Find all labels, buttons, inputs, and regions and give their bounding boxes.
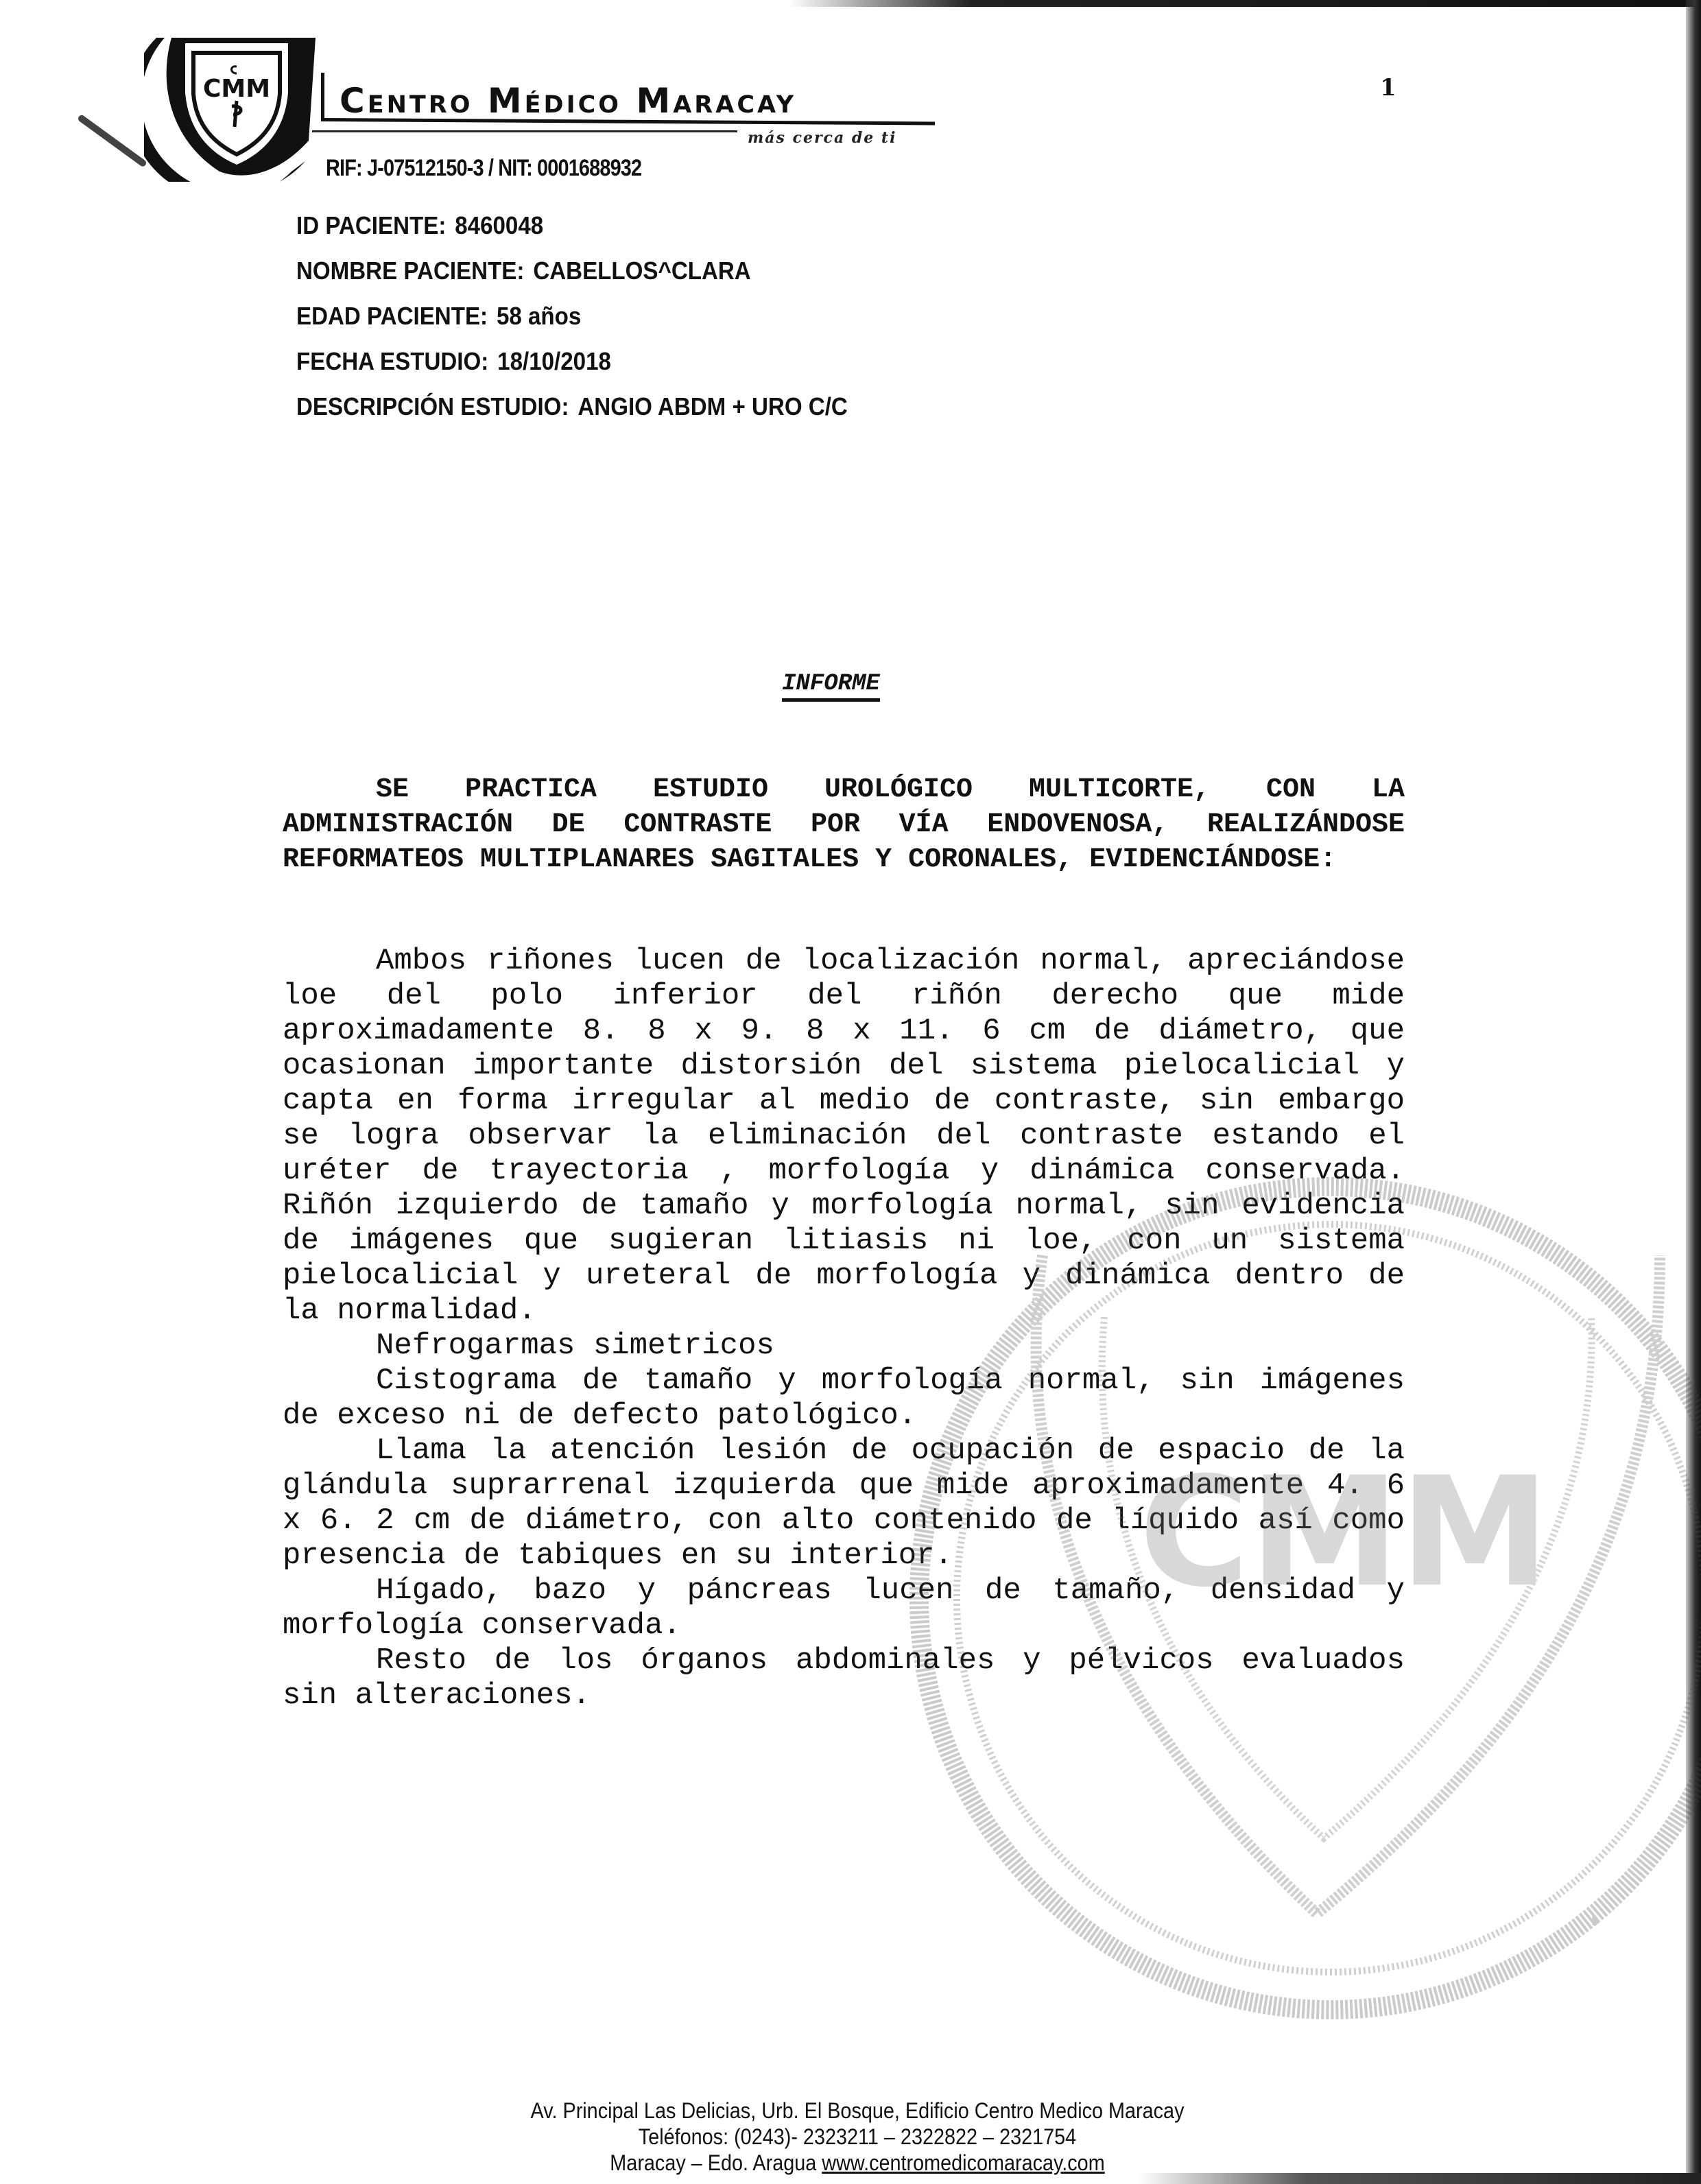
brand-tagline: más cerca de ti	[748, 129, 896, 147]
field-label: FECHA ESTUDIO:	[296, 347, 488, 375]
study-description-row: DESCRIPCIÓN ESTUDIO:ANGIO ABDM + URO C/C	[296, 384, 848, 429]
finding-kidneys: Ambos riñones lucen de localización norm…	[283, 944, 1405, 1329]
footer-website-link[interactable]: www.centromedicomaracay.com	[822, 2150, 1104, 2175]
scan-mark	[77, 114, 147, 168]
footer: Av. Principal Las Delicias, Urb. El Bosq…	[456, 2098, 1259, 2176]
brand-bracket	[321, 73, 324, 121]
report-intro: SE PRACTICA ESTUDIO UROLÓGICO MULTICORTE…	[283, 772, 1405, 877]
field-label: EDAD PACIENTE:	[296, 302, 488, 330]
field-value: 58 años	[497, 302, 581, 330]
field-label: DESCRIPCIÓN ESTUDIO:	[296, 392, 569, 420]
finding-adrenal: Llama la atención lesión de ocupación de…	[283, 1434, 1405, 1574]
report-findings: Ambos riñones lucen de localización norm…	[283, 944, 1405, 1713]
finding-remaining-organs: Resto de los órganos abdominales y pélvi…	[283, 1643, 1405, 1713]
page-number: 1	[1380, 74, 1396, 102]
patient-info: ID PACIENTE:8460048 NOMBRE PACIENTE:CABE…	[296, 203, 896, 429]
finding-liver-spleen-pancreas: Hígado, bazo y páncreas lucen de tamaño,…	[283, 1574, 1405, 1643]
footer-phones: Teléfonos: (0243)- 2323211 – 2322822 – 2…	[456, 2124, 1259, 2150]
patient-age-row: EDAD PACIENTE:58 años	[296, 294, 848, 339]
report-title: INFORME	[782, 671, 880, 702]
rif-nit: RIF: J-07512150-3 / NIT: 0001688932	[326, 155, 641, 182]
intro-paragraph: SE PRACTICA ESTUDIO UROLÓGICO MULTICORTE…	[283, 772, 1405, 877]
clinic-logo-icon: CMM	[144, 38, 329, 182]
study-date-row: FECHA ESTUDIO:18/10/2018	[296, 339, 848, 384]
scan-border-top	[789, 0, 1701, 7]
brand-name: Centro Médico Maracay	[340, 81, 796, 121]
footer-address: Av. Principal Las Delicias, Urb. El Bosq…	[456, 2098, 1259, 2124]
field-label: NOMBRE PACIENTE:	[296, 257, 524, 285]
footer-city: Maracay – Edo. Aragua	[610, 2150, 822, 2175]
footer-city-line: Maracay – Edo. Aragua www.centromedicoma…	[456, 2150, 1259, 2176]
patient-name-row: NOMBRE PACIENTE:CABELLOS^CLARA	[296, 248, 848, 294]
field-value: 18/10/2018	[497, 347, 611, 375]
field-value: ANGIO ABDM + URO C/C	[578, 392, 847, 420]
field-value: 8460048	[455, 211, 543, 239]
field-label: ID PACIENTE:	[296, 211, 446, 239]
finding-nephrograms: Nefrogarmas simetricos	[283, 1329, 1405, 1364]
finding-cystogram: Cistograma de tamaño y morfología normal…	[283, 1364, 1405, 1434]
patient-id-row: ID PACIENTE:8460048	[296, 203, 848, 248]
scan-border-right	[1686, 0, 1701, 2184]
field-value: CABELLOS^CLARA	[533, 257, 750, 285]
brand-underline-secondary	[312, 130, 737, 132]
logo-initials: CMM	[203, 75, 270, 103]
